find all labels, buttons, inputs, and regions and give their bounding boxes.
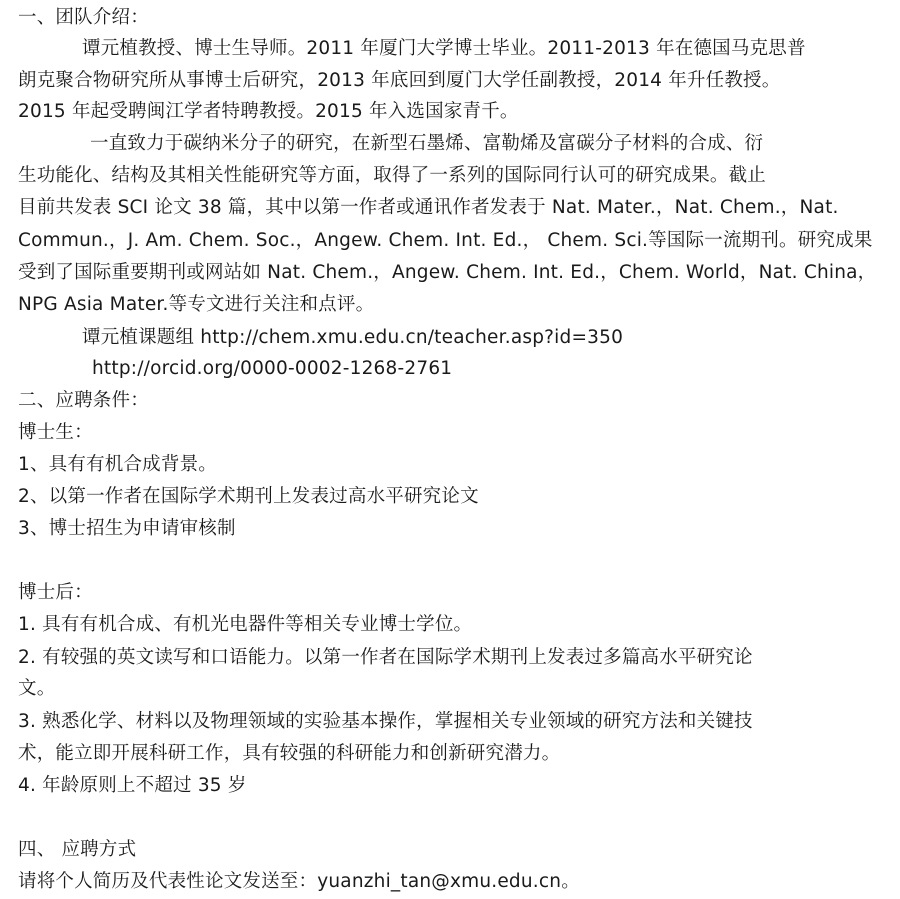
phd-requirement-item: 3、博士招生为申请审核制 [18, 513, 236, 545]
orcid-line: http://orcid.org/0000-0002-1268-2761 [92, 353, 452, 385]
group-label: 谭元植课题组 [82, 327, 194, 348]
phd-label: 博士生： [18, 417, 93, 449]
section-heading-team: 一、团队介绍： [18, 2, 149, 34]
research-paragraph-line: 一直致力于碳纳米分子的研究，在新型石墨烯、富勒烯及富碳分子材料的合成、衍 [90, 128, 763, 160]
group-homepage-link[interactable]: http://chem.xmu.edu.cn/teacher.asp?id=35… [200, 327, 623, 348]
postdoc-requirement-item: 4. 年龄原则上不超过 35 岁 [18, 770, 247, 802]
contact-email-link[interactable]: yuanzhi_tan@xmu.edu.cn [317, 871, 561, 892]
postdoc-requirement-item: 术，能立即开展科研工作，具有较强的科研能力和创新研究潜力。 [18, 738, 560, 770]
postdoc-requirement-item: 1. 具有有机合成、有机光电器件等相关专业博士学位。 [18, 609, 472, 641]
research-paragraph-line: NPG Asia Mater.等专文进行关注和点评。 [18, 289, 374, 321]
contact-suffix: 。 [561, 871, 580, 892]
section-heading-requirements: 二、应聘条件： [18, 385, 149, 417]
research-paragraph-line: 受到了国际重要期刊或网站如 Nat. Chem.，Angew. Chem. In… [18, 257, 876, 289]
intro-paragraph-line: 谭元植教授、博士生导师。2011 年厦门大学博士毕业。2011-2013 年在德… [82, 33, 806, 65]
postdoc-requirement-item: 文。 [18, 673, 55, 705]
document-page: 一、团队介绍： 谭元植教授、博士生导师。2011 年厦门大学博士毕业。2011-… [0, 0, 900, 899]
phd-requirement-item: 1、具有有机合成背景。 [18, 449, 217, 481]
intro-paragraph-line: 朗克聚合物研究所从事博士后研究，2013 年底回到厦门大学任副教授，2014 年… [18, 65, 780, 97]
postdoc-requirement-item: 3. 熟悉化学、材料以及物理领域的实验基本操作，掌握相关专业领域的研究方法和关键… [18, 706, 753, 738]
research-paragraph-line: 目前共发表 SCI 论文 38 篇，其中以第一作者或通讯作者发表于 Nat. M… [18, 192, 839, 224]
contact-line: 请将个人简历及代表性论文发送至：yuanzhi_tan@xmu.edu.cn。 [18, 866, 580, 898]
intro-paragraph-line: 2015 年起受聘闽江学者特聘教授。2015 年入选国家青千。 [18, 96, 519, 128]
postdoc-label: 博士后： [18, 577, 93, 609]
research-paragraph-line: 生功能化、结构及其相关性能研究等方面，取得了一系列的国际同行认可的研究成果。截止 [18, 160, 766, 192]
postdoc-requirement-item: 2. 有较强的英文读写和口语能力。以第一作者在国际学术期刊上发表过多篇高水平研究… [18, 642, 753, 674]
orcid-link[interactable]: http://orcid.org/0000-0002-1268-2761 [92, 358, 452, 379]
phd-requirement-item: 2、以第一作者在国际学术期刊上发表过高水平研究论文 [18, 481, 479, 513]
contact-prefix: 请将个人简历及代表性论文发送至： [18, 871, 317, 892]
research-paragraph-line: Commun.，J. Am. Chem. Soc.，Angew. Chem. I… [18, 225, 873, 257]
section-heading-application: 四、 应聘方式 [18, 834, 136, 866]
group-link-line: 谭元植课题组 http://chem.xmu.edu.cn/teacher.as… [82, 322, 623, 354]
